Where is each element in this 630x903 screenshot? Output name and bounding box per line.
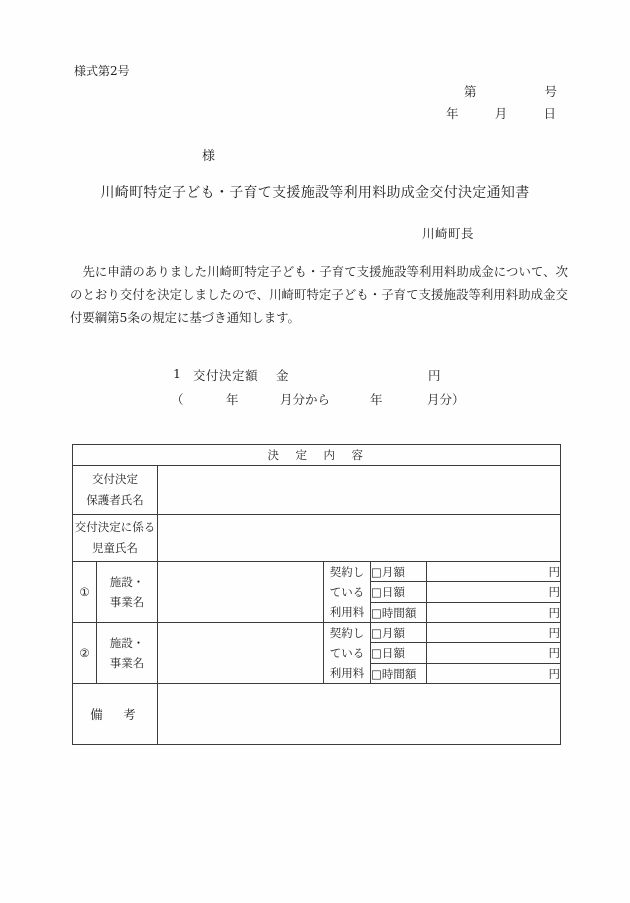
facility-label: 施設・ 事業名 bbox=[97, 562, 158, 623]
body-paragraph: 先に申請のありました川崎町特定子ども・子育て支援施設等利用料助成金について、次の… bbox=[70, 260, 568, 329]
form-number: 様式第2号 bbox=[74, 62, 130, 79]
fee-type-label: 月額 bbox=[382, 626, 405, 640]
checkbox-icon: □ bbox=[371, 626, 382, 640]
fee-type-monthly: □月額 bbox=[371, 623, 427, 643]
period-start-year-label: 年 bbox=[226, 390, 239, 408]
addressee-honorific: 様 bbox=[202, 145, 215, 164]
checkbox-icon: □ bbox=[371, 565, 382, 579]
document-number-line: 第 号 bbox=[464, 82, 557, 100]
fee-type-label: 日額 bbox=[382, 646, 405, 660]
child-name-label: 交付決定に係る 児童氏名 bbox=[73, 515, 158, 562]
child-name-field bbox=[158, 515, 561, 562]
checkbox-icon: □ bbox=[371, 646, 382, 660]
guardian-name-field bbox=[158, 466, 561, 515]
fee-type-label: 時間額 bbox=[382, 667, 417, 681]
date-year-label: 年 bbox=[446, 104, 459, 122]
currency-prefix: 金 bbox=[276, 366, 289, 384]
date-line: 年 月 日 bbox=[446, 104, 556, 122]
doc-number-prefix: 第 bbox=[464, 82, 477, 100]
decision-table: 決 定 内 容 交付決定 保護者氏名 交付決定に係る 児童氏名 ① 施設・ 事業… bbox=[72, 444, 561, 745]
facility-number: ① bbox=[73, 562, 97, 623]
fee-type-monthly: □月額 bbox=[371, 562, 427, 582]
fee-type-hourly: □時間額 bbox=[371, 664, 427, 684]
contracted-fee-label: 契約し ている 利用料 bbox=[324, 562, 371, 623]
notice-document: 様式第2号 第 号 年 月 日 様 川崎町特定子ども・子育て支援施設等利用料助成… bbox=[0, 0, 630, 903]
fee-type-label: 月額 bbox=[382, 565, 405, 579]
fee-amount-field: 円 bbox=[427, 643, 561, 664]
currency-suffix: 円 bbox=[428, 366, 441, 384]
fee-amount-field: 円 bbox=[427, 623, 561, 643]
date-month-label: 月 bbox=[495, 104, 508, 122]
checkbox-icon: □ bbox=[371, 606, 382, 620]
sender-title: 川崎町長 bbox=[422, 224, 474, 242]
fee-type-hourly: □時間額 bbox=[371, 603, 427, 623]
checkbox-icon: □ bbox=[371, 667, 382, 681]
fee-amount-field: 円 bbox=[427, 603, 561, 623]
grant-amount-line: 1 交付決定額 金 円 bbox=[0, 366, 630, 382]
doc-number-suffix: 号 bbox=[544, 82, 557, 100]
fee-amount-field: 円 bbox=[427, 664, 561, 684]
yen-label: 円 bbox=[549, 565, 561, 579]
grant-period-line: （ 年 月分から 年 月分） bbox=[0, 390, 630, 406]
remarks-label: 備 考 bbox=[73, 684, 158, 745]
remarks-field bbox=[158, 684, 561, 745]
period-end-year-label: 年 bbox=[370, 390, 383, 408]
date-day-label: 日 bbox=[543, 104, 556, 122]
yen-label: 円 bbox=[549, 585, 561, 599]
facility-name-field bbox=[158, 623, 324, 684]
grant-item-number: 1 bbox=[173, 366, 181, 381]
yen-label: 円 bbox=[549, 667, 561, 681]
document-title: 川崎町特定子ども・子育て支援施設等利用料助成金交付決定通知書 bbox=[0, 182, 630, 202]
grant-amount-label: 交付決定額 bbox=[193, 366, 258, 384]
fee-type-label: 日額 bbox=[382, 585, 405, 599]
facility-number: ② bbox=[73, 623, 97, 684]
fee-type-daily: □日額 bbox=[371, 582, 427, 603]
yen-label: 円 bbox=[549, 646, 561, 660]
facility-label: 施設・ 事業名 bbox=[97, 623, 158, 684]
fee-amount-field: 円 bbox=[427, 582, 561, 603]
fee-type-label: 時間額 bbox=[382, 606, 417, 620]
checkbox-icon: □ bbox=[371, 585, 382, 599]
fee-amount-field: 円 bbox=[427, 562, 561, 582]
guardian-name-label: 交付決定 保護者氏名 bbox=[73, 466, 158, 515]
fee-type-daily: □日額 bbox=[371, 643, 427, 664]
table-header: 決 定 内 容 bbox=[73, 445, 561, 466]
period-from-label: 月分から bbox=[280, 390, 330, 408]
facility-name-field bbox=[158, 562, 324, 623]
contracted-fee-label: 契約し ている 利用料 bbox=[324, 623, 371, 684]
yen-label: 円 bbox=[549, 606, 561, 620]
period-open-paren: （ bbox=[171, 390, 184, 408]
yen-label: 円 bbox=[549, 626, 561, 640]
period-close-label: 月分） bbox=[427, 390, 465, 408]
